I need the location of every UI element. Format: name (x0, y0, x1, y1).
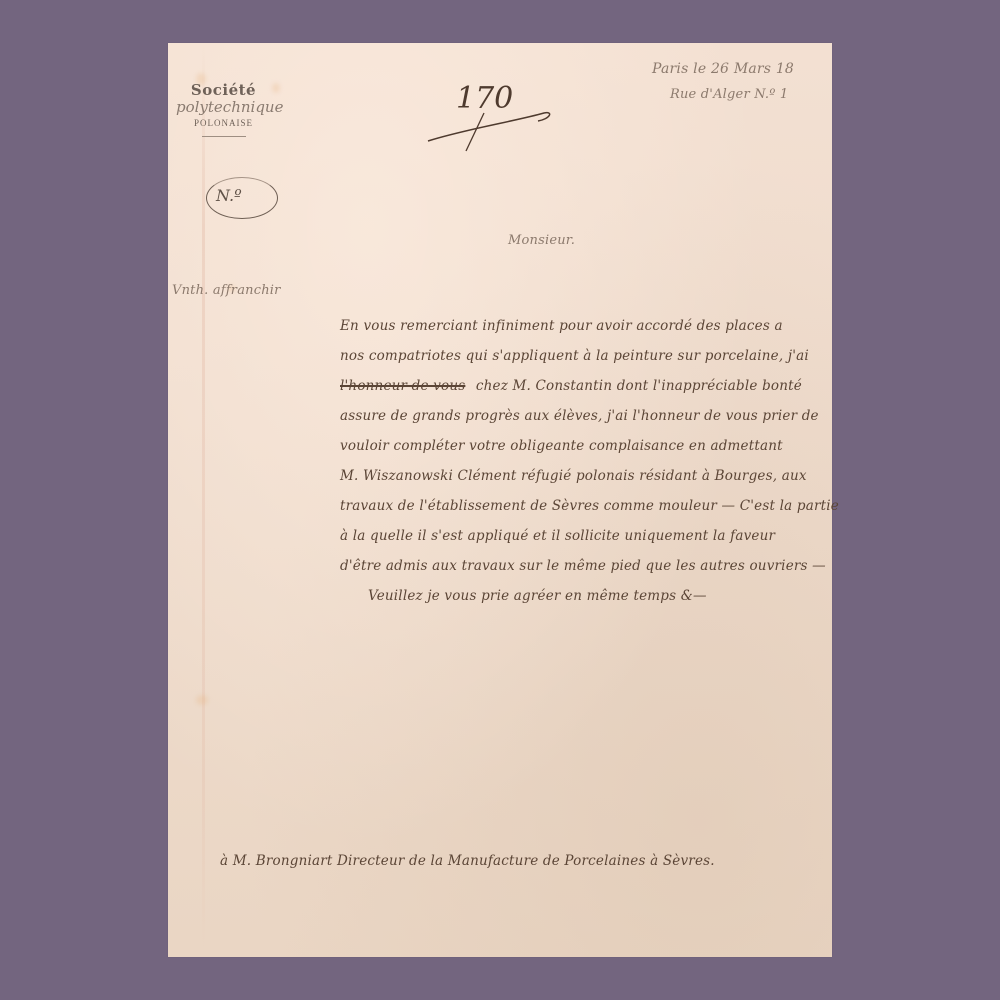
margin-note: Vnth. affranchir (172, 283, 281, 298)
body-line-6: M. Wiszanowski Clément réfugié polonais … (340, 468, 807, 484)
letterhead-polytechnique: polytechnique (176, 98, 271, 116)
body-line-2: nos compatriotes qui s'appliquent à la p… (340, 348, 809, 364)
body-line-5: vouloir compléter votre obligeante compl… (340, 438, 783, 454)
body-line-1: En vous remerciant infiniment pour avoir… (340, 318, 783, 334)
letter-page: Société polytechnique POLONAISE N.º Vnth… (168, 43, 832, 957)
body-line-10: Veuillez je vous prie agréer en même tem… (368, 588, 707, 604)
addressee-line: à M. Brongniart Directeur de la Manufact… (220, 853, 715, 869)
dateline-address: Rue d'Alger N.º 1 (670, 87, 788, 102)
body-line-8: à la quelle il s'est appliqué et il soll… (340, 528, 775, 544)
viewer-background: Société polytechnique POLONAISE N.º Vnth… (0, 0, 1000, 1000)
letterhead-polonaise: POLONAISE (176, 118, 271, 128)
salutation: Monsieur. (508, 233, 575, 248)
number-label: N.º (216, 186, 242, 205)
letterhead-societe: Société (176, 81, 271, 99)
struck-text: l'honneur de vous (340, 378, 465, 394)
body-line-3: l'honneur de vous chez M. Constantin don… (340, 378, 802, 394)
body-line-4: assure de grands progrès aux élèves, j'a… (340, 408, 819, 424)
dateline-place-date: Paris le 26 Mars 18 (652, 61, 794, 77)
reference-flourish (426, 103, 566, 153)
body-line-7: travaux de l'établissement de Sèvres com… (340, 498, 839, 514)
foxing-stain (196, 695, 208, 705)
body-line-9: d'être admis aux travaux sur le même pie… (340, 558, 826, 574)
foxing-stain (272, 83, 280, 93)
letterhead: Société polytechnique POLONAISE (176, 81, 271, 137)
letterhead-rule (202, 136, 246, 137)
